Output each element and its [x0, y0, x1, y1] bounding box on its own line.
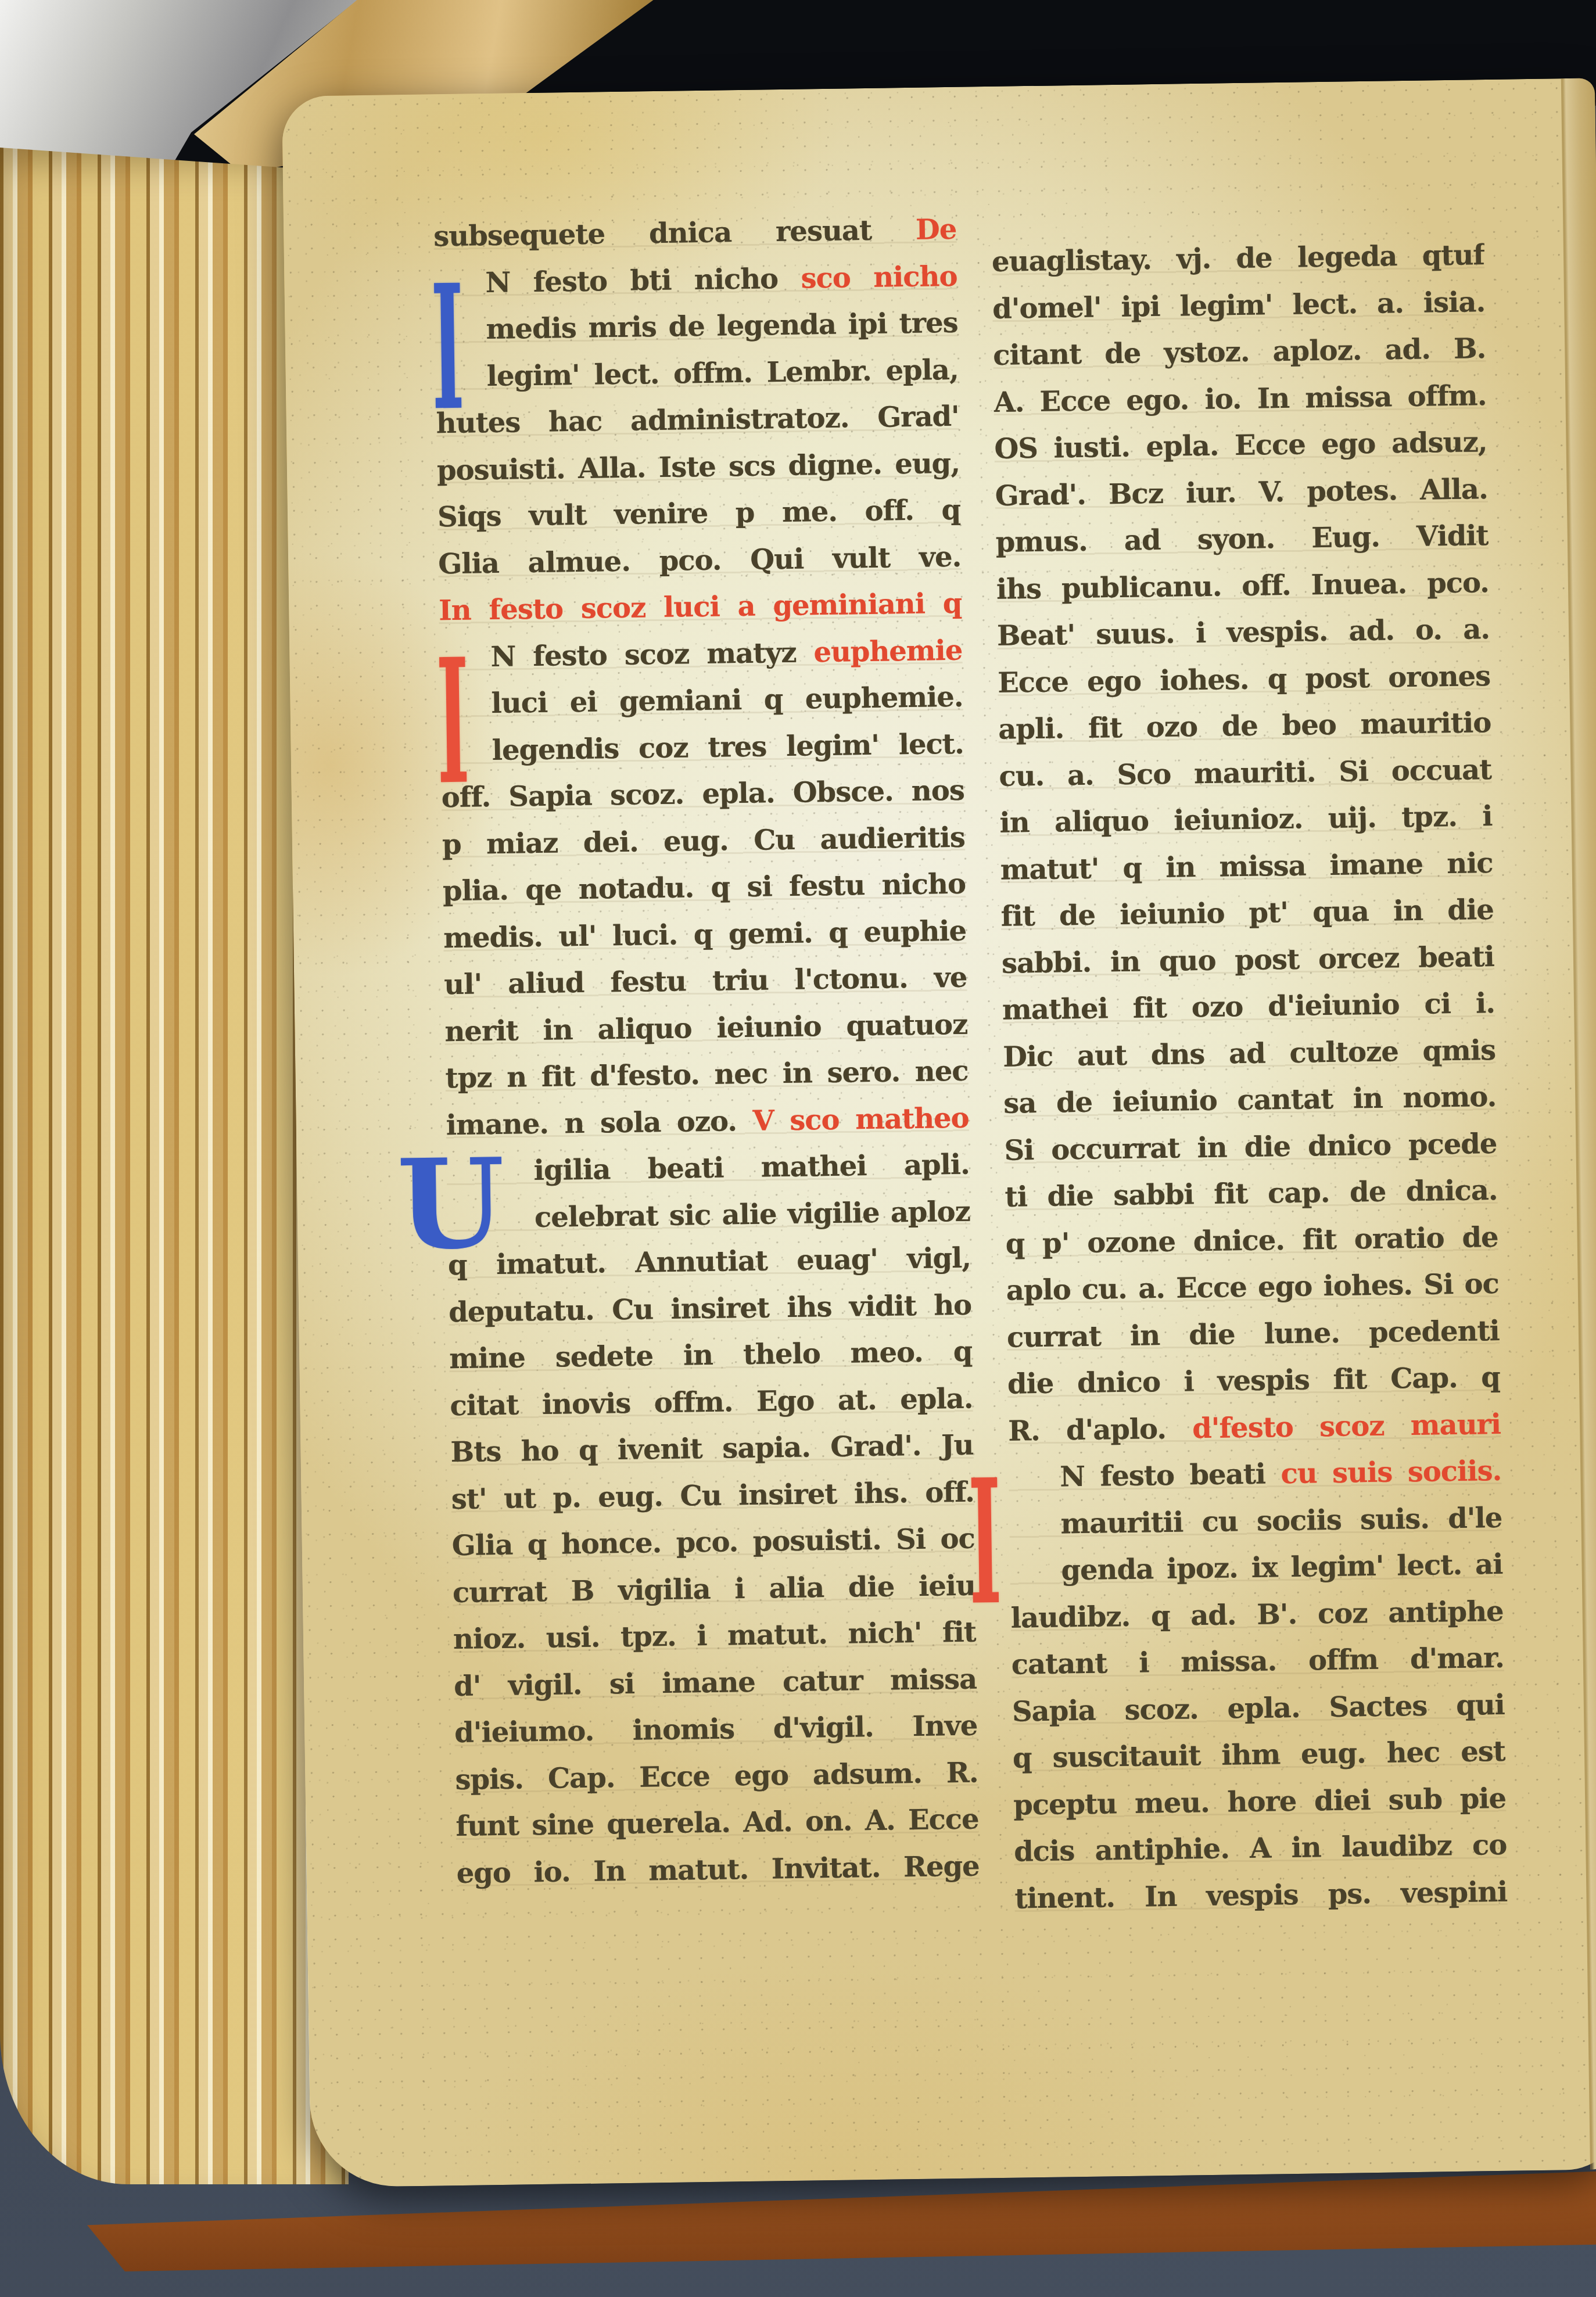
text-line: q imatut. Annutiat euag' vigl, [448, 1235, 971, 1289]
text-line: Beat' suus. i vespis. ad. o. a. [997, 606, 1490, 659]
text-line: genda ipoz. ix legim' lect. ai [1010, 1541, 1503, 1595]
text-segment: medis mris de legenda ipi tres [486, 307, 958, 346]
text-segment: Si occurrat in die dnico pcede [1004, 1127, 1497, 1167]
text-line: pceptu meu. hore diei sub pie [1013, 1775, 1507, 1828]
text-line: dcis antiphie. A in laudibz co [1014, 1822, 1507, 1875]
text-line: catant i missa. offm d'mar. [1011, 1635, 1504, 1688]
text-segment: dcis antiphie. A in laudibz co [1014, 1829, 1507, 1868]
text-segment: Sapia scoz. epla. Sactes qui [1012, 1688, 1505, 1728]
manuscript-photo: subsequete dnica resuat DeN festo bti ni… [0, 0, 1596, 2297]
text-segment: Glia q honce. pco. posuisti. Si oc [451, 1523, 975, 1563]
text-line: fit de ieiunio pt' qua in die [1000, 887, 1494, 940]
text-segment: ti die sabbi fit cap. de dnica. [1005, 1174, 1498, 1214]
text-line: tinent. In vespis ps. vespini [1014, 1868, 1508, 1922]
text-segment: A. Ecce ego. io. In missa offm. [994, 379, 1487, 419]
text-segment: sabbi. in quo post orcez beati [1002, 940, 1495, 979]
text-segment: d'festo scoz mauri [1192, 1408, 1501, 1444]
text-segment: mathei fit ozo d'ieiunio ci i. [1002, 987, 1495, 1027]
text-line: ti die sabbi fit cap. de dnica. [1005, 1167, 1498, 1221]
text-line: matut' q in missa imane nic [1000, 839, 1493, 893]
text-segment: d'ieiumo. inomis d'vigil. Inve [454, 1710, 978, 1750]
text-segment: OS iusti. epla. Ecce ego adsuz, [994, 426, 1487, 465]
text-line: legim' lect. offm. Lembr. epla, [435, 346, 959, 400]
text-segment: legendis coz tres legim' lect. [492, 727, 964, 766]
text-line: plia. qe notadu. q si festu nicho [443, 861, 966, 915]
text-line: off. Sapia scoz. epla. Obsce. nos [441, 767, 964, 821]
text-line: tpz n fit d'festo. nec in sero. nec [445, 1048, 969, 1102]
text-line: legendis coz tres legim' lect. [440, 720, 964, 774]
text-line: p miaz dei. eug. Cu audieritis [442, 814, 965, 868]
text-line: citant de ystoz. aploz. ad. B. [993, 325, 1486, 379]
text-line: ul' aliud festu triu l'ctonu. ve [444, 954, 967, 1008]
text-segment: off. Sapia scoz. epla. Obsce. nos [441, 774, 964, 814]
text-segment: cu. a. Sco mauriti. Si occuat [999, 753, 1492, 792]
text-segment: igilia beati mathei apli. [533, 1148, 970, 1187]
text-segment: genda ipoz. ix legim' lect. ai [1061, 1548, 1503, 1587]
text-segment: tpz n fit d'festo. nec in sero. nec [445, 1055, 969, 1095]
text-line: nioz. usi. tpz. i matut. nich' fit [453, 1609, 977, 1663]
text-segment: aplo cu. a. Ecce ego iohes. Si oc [1006, 1268, 1499, 1307]
text-segment: currat B vigilia i alia die ieiu [453, 1569, 976, 1609]
text-line: spis. Cap. Ecce ego adsum. R. [455, 1749, 978, 1803]
text-segment: catant i missa. offm d'mar. [1011, 1642, 1504, 1681]
text-segment: cu suis sociis. [1281, 1455, 1501, 1490]
text-segment: hutes hac administratoz. Grad' [436, 400, 959, 440]
text-line: nerit in aliquo ieiunio quatuoz [444, 1001, 968, 1055]
text-segment: euphemie [813, 634, 963, 669]
text-segment: d' vigil. si imane catur missa [454, 1663, 977, 1703]
text-line: celebrat sic alie vigilie aploz [447, 1188, 970, 1242]
text-segment: deputatu. Cu insiret ihs vidit ho [449, 1289, 972, 1329]
text-segment: legim' lect. offm. Lembr. epla, [486, 353, 959, 392]
text-segment: q p' ozone dnice. fit oratio de [1005, 1221, 1498, 1260]
text-line: A. Ecce ego. io. In missa offm. [994, 372, 1487, 426]
text-line: mine sedete in thelo meo. q missa [449, 1329, 973, 1383]
text-line: mathei fit ozo d'ieiunio ci i. [1002, 980, 1495, 1033]
text-segment: fit de ieiunio pt' qua in die [1000, 893, 1494, 933]
text-line: die dnico i vespis fit Cap. q [1007, 1354, 1500, 1408]
text-segment: Grad'. Bcz iur. V. potes. Alla. [995, 473, 1488, 512]
text-segment: celebrat sic alie vigilie aploz [535, 1195, 971, 1233]
text-line: R. d'aplo. d'festo scoz mauri [1008, 1401, 1501, 1454]
text-line: mauritii cu sociis suis. d'le [1009, 1494, 1502, 1548]
text-segment: die dnico i vespis fit Cap. q [1007, 1361, 1501, 1401]
text-line: igilia beati mathei apli. aplo. [446, 1142, 970, 1196]
text-line: Siqs vult venire p me. off. q [437, 487, 961, 541]
text-segment: N festo beati [1060, 1458, 1281, 1493]
text-line: Dic aut dns ad cultoze qmis [1003, 1027, 1496, 1080]
text-segment: Beat' suus. i vespis. ad. o. a. [997, 613, 1490, 652]
text-line: Glia q honce. pco. posuisti. Si oc [451, 1516, 975, 1570]
text-line: apli. fit ozo de beo mauritio [998, 699, 1491, 753]
text-segment: euaglistay. vj. de legeda qtuf [992, 239, 1485, 278]
text-segment: mine sedete in thelo meo. q missa [449, 1336, 973, 1383]
text-segment: Bts ho q ivenit sapia. Grad'. Ju [450, 1429, 974, 1469]
text-segment: sa de ieiunio cantat in nomo. [1003, 1081, 1497, 1120]
text-line: deputatu. Cu insiret ihs vidit ho [449, 1282, 972, 1336]
text-line: Glia almue. pco. Qui vult ve. [438, 533, 962, 587]
text-segment: V sco matheo [752, 1101, 969, 1137]
text-segment: De [916, 213, 957, 246]
illuminated-initial: I [436, 636, 469, 808]
manuscript-page: subsequete dnica resuat DeN festo bti ni… [282, 78, 1596, 2187]
text-segment: ego io. In matut. Invitat. Rege [456, 1850, 980, 1890]
text-line: hutes hac administratoz. Grad' [436, 393, 959, 447]
text-segment: currat in die lune. pcedenti [1007, 1314, 1500, 1354]
text-line: sa de ieiunio cantat in nomo. [1003, 1074, 1497, 1127]
text-segment: matut' q in missa imane nic [1000, 846, 1493, 886]
text-line: Ecce ego iohes. q post orones [998, 653, 1491, 706]
text-segment: Dic aut dns ad cultoze qmis [1003, 1033, 1496, 1073]
text-line: d' vigil. si imane catur missa [454, 1656, 977, 1710]
text-line: OS iusti. epla. Ecce ego adsuz, [994, 419, 1487, 472]
text-line: medis. ul' luci. q gemi. q euphie [443, 907, 967, 961]
text-line: laudibz. q ad. B'. coz antiphe [1010, 1588, 1504, 1641]
text-segment: subsequete dnica resuat [433, 214, 916, 253]
text-line: imane. n sola ozo. V sco matheo [446, 1094, 969, 1148]
text-segment: p miaz dei. eug. Cu audieritis [442, 821, 966, 861]
text-segment: N festo scoz matyz [490, 636, 814, 673]
text-segment: laudibz. q ad. B'. coz antiphe [1010, 1595, 1504, 1634]
text-segment: apli. fit ozo de beo mauritio [998, 706, 1491, 746]
text-line: d'omel' ipi legim' lect. a. isia. [992, 279, 1486, 332]
text-line: currat B vigilia i alia die ieiu [452, 1562, 975, 1616]
text-line: Bts ho q ivenit sapia. Grad'. Ju [450, 1422, 974, 1476]
text-segment: tinent. In vespis ps. vespini [1014, 1875, 1508, 1915]
text-segment: In festo scoz luci a geminiani q [439, 587, 962, 627]
text-line: citat inovis offm. Ego at. epla. [450, 1375, 973, 1429]
text-segment: d'omel' ipi legim' lect. a. isia. [992, 286, 1486, 325]
text-line: N festo bti nicho sco nicho med. [434, 253, 957, 307]
text-column-left: subsequete dnica resuat DeN festo bti ni… [433, 206, 980, 1898]
text-line: q p' ozone dnice. fit oratio de [1005, 1214, 1498, 1267]
text-segment: posuisti. Alla. Iste scs digne. eug, [437, 447, 960, 487]
text-segment: citat inovis offm. Ego at. epla. [450, 1382, 973, 1422]
text-line: Sapia scoz. epla. Sactes qui [1012, 1681, 1505, 1735]
text-segment: citant de ystoz. aploz. ad. B. [993, 332, 1486, 372]
text-line: aplo cu. a. Ecce ego iohes. Si oc [1006, 1261, 1499, 1314]
text-line: N festo scoz matyz euphemie [439, 627, 963, 681]
text-line: N festo beati cu suis sociis. [1009, 1448, 1502, 1501]
text-line: cu. a. Sco mauriti. Si occuat [999, 746, 1492, 799]
illuminated-initial: I [431, 262, 464, 434]
text-segment: medis. ul' luci. q gemi. q euphie [443, 914, 967, 954]
text-segment: plia. qe notadu. q si festu nicho [443, 868, 966, 908]
text-segment: q imatut. Annutiat euag' vigl, [448, 1242, 971, 1282]
text-segment: Siqs vult venire p me. off. q [437, 494, 961, 534]
text-line: posuisti. Alla. Iste scs digne. eug, [436, 440, 960, 494]
text-segment: Ecce ego iohes. q post orones [998, 660, 1491, 699]
text-segment: luci ei gemiani q euphemie. de [491, 681, 963, 728]
illuminated-initial: I [968, 1457, 1002, 1629]
text-segment: pmus. ad syon. Eug. Vidit [995, 519, 1489, 559]
text-segment: pceptu meu. hore diei sub pie [1013, 1782, 1507, 1821]
text-line: euaglistay. vj. de legeda qtuf [992, 232, 1485, 285]
illuminated-initial: U [396, 1142, 505, 1267]
text-line: ego io. In matut. Invitat. Rege [456, 1843, 980, 1897]
text-segment: nioz. usi. tpz. i matut. nich' fit [453, 1616, 977, 1656]
text-segment: nerit in aliquo ieiunio quatuoz [444, 1008, 968, 1048]
text-line: st' ut p. eug. Cu insiret ihs. off. [451, 1469, 974, 1523]
text-line: In festo scoz luci a geminiani q [439, 580, 962, 634]
text-segment: R. d'aplo. [1008, 1412, 1193, 1447]
text-segment: spis. Cap. Ecce ego adsum. R. [455, 1756, 978, 1796]
text-segment: in aliquo ieiunioz. uij. tpz. i [999, 800, 1493, 839]
text-segment: ul' aliud festu triu l'ctonu. ve [444, 961, 967, 1002]
text-segment: mauritii cu sociis suis. d'le [1060, 1501, 1502, 1540]
text-line: Si occurrat in die dnico pcede [1004, 1120, 1497, 1173]
text-line: funt sine querela. Ad. on. A. Ecce [456, 1796, 979, 1850]
text-column-right: euaglistay. vj. de legeda qtufd'omel' ip… [992, 232, 1508, 1923]
text-line: medis mris de legenda ipi tres [435, 300, 958, 354]
text-segment: N festo bti nicho [485, 262, 801, 299]
text-line: pmus. ad syon. Eug. Vidit [995, 512, 1489, 566]
text-line: sabbi. in quo post orcez beati [1001, 933, 1494, 986]
text-segment: funt sine querela. Ad. on. A. Ecce [456, 1803, 979, 1843]
text-line: ihs publicanu. off. Inuea. pco. [996, 559, 1489, 613]
text-segment: Glia almue. pco. Qui vult ve. [438, 540, 962, 580]
text-line: luci ei gemiani q euphemie. de [440, 674, 963, 728]
text-segment: ihs publicanu. off. Inuea. pco. [996, 566, 1490, 606]
text-segment: q suscitauit ihm eug. hec est [1013, 1735, 1506, 1775]
text-line: q suscitauit ihm eug. hec est [1012, 1728, 1505, 1782]
text-line: currat in die lune. pcedenti [1006, 1307, 1500, 1361]
text-segment: st' ut p. eug. Cu insiret ihs. off. [451, 1476, 974, 1516]
text-line: subsequete dnica resuat De [433, 206, 957, 260]
text-line: Grad'. Bcz iur. V. potes. Alla. [995, 466, 1488, 519]
text-line: in aliquo ieiunioz. uij. tpz. i [999, 793, 1493, 846]
text-line: d'ieiumo. inomis d'vigil. Inve [454, 1703, 978, 1757]
